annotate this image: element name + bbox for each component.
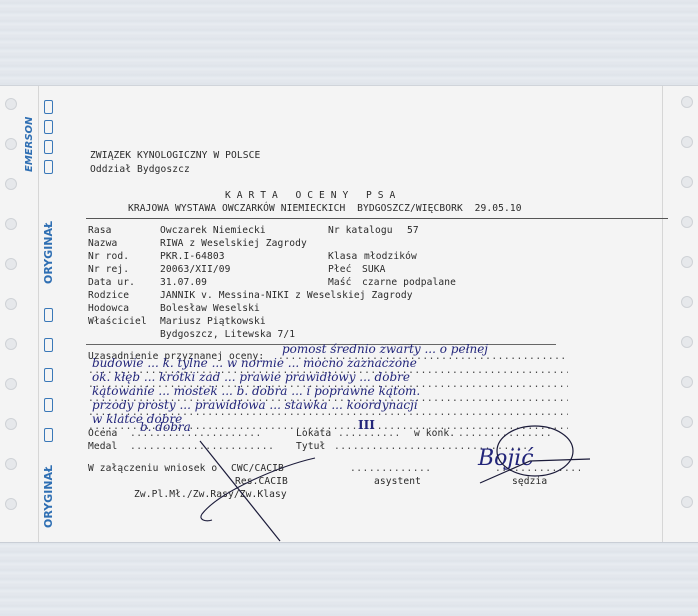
margin-box xyxy=(44,398,53,412)
field-value-data-ur: 31.07.09 xyxy=(160,277,207,288)
handwritten-comment-line: ok. kłęb ... krótki zad ... prawie prawi… xyxy=(92,370,410,384)
field-label-nazwa: Nazwa xyxy=(88,238,117,249)
brand-logo: EMERSON xyxy=(24,117,35,172)
event-line: KRAJOWA WYSTAWA OWCZARKÓW NIEMIECKICH BY… xyxy=(128,203,522,214)
ocena-value: b. dobra xyxy=(140,420,191,434)
tractor-hole xyxy=(681,296,693,308)
margin-box xyxy=(44,100,53,114)
margin-box xyxy=(44,140,53,154)
tractor-hole xyxy=(5,338,17,350)
tractor-hole xyxy=(5,298,17,310)
assistant-signature-line: ............... xyxy=(350,463,430,474)
strike-through-mark xyxy=(180,436,320,546)
field-label-data-ur: Data ur. xyxy=(88,277,135,288)
field-value-masc: czarne podpalane xyxy=(362,277,456,288)
tractor-hole xyxy=(5,498,17,510)
field-label-hodowca: Hodowca xyxy=(88,303,129,314)
field-label-nr-rod: Nr rod. xyxy=(88,251,129,262)
assistant-label: asystent xyxy=(374,476,421,487)
field-label-klasa: Klasa xyxy=(328,251,357,262)
handwritten-comment-line: kątowanie ... mostek ... b. dobra ... i … xyxy=(92,384,420,398)
field-value-nr-rej: 20063/XII/09 xyxy=(160,264,231,275)
field-label-wlasciciel: Właściciel xyxy=(88,316,147,327)
field-label-catalog: Nr katalogu xyxy=(328,225,393,236)
field-label-nr-rej: Nr rej. xyxy=(88,264,129,275)
margin-box xyxy=(44,368,53,382)
handwritten-comment-line: budowie ... k. tylne ... w normie ... mo… xyxy=(92,356,417,370)
tractor-hole xyxy=(681,96,693,108)
branch-name: Oddział Bydgoszcz xyxy=(90,164,190,175)
field-value-plec: SUKA xyxy=(362,264,386,275)
tractor-hole xyxy=(5,98,17,110)
tractor-hole xyxy=(5,218,17,230)
field-value-klasa: młodzików xyxy=(364,251,417,262)
margin-box xyxy=(44,160,53,174)
margin-box xyxy=(44,338,53,352)
original-stamp: ORYGINAŁ xyxy=(42,221,55,284)
tractor-hole xyxy=(5,178,17,190)
margin-box xyxy=(44,428,53,442)
konk-label: w konk. xyxy=(414,428,455,439)
tractor-hole xyxy=(681,376,693,388)
tractor-hole xyxy=(681,456,693,468)
field-label-rasa: Rasa xyxy=(88,225,112,236)
margin-box xyxy=(44,308,53,322)
original-stamp: ORYGINAŁ xyxy=(42,465,55,528)
ocena-label: Ocena xyxy=(88,428,117,439)
tractor-hole xyxy=(5,378,17,390)
tractor-hole xyxy=(681,176,693,188)
field-value-rasa: Owczarek Niemiecki xyxy=(160,225,266,236)
org-name: ZWIĄZEK KYNOLOGICZNY W POLSCE xyxy=(90,150,260,161)
field-label-rodzice: Rodzice xyxy=(88,290,129,301)
handwritten-comment-line: przody prosty ... prawidłowa ... stawka … xyxy=(92,398,418,412)
field-value-wlasciciel: Mariusz Piątkowski xyxy=(160,316,266,327)
margin-box xyxy=(44,120,53,134)
handwritten-comment-line: pomost średnio zwarty ... o pełnej xyxy=(282,342,488,356)
tractor-hole xyxy=(5,258,17,270)
right-perforation xyxy=(662,86,663,542)
tractor-hole xyxy=(681,136,693,148)
lokata-value: III xyxy=(358,418,375,432)
field-value-catalog: 57 xyxy=(407,225,419,236)
field-value-address: Bydgoszcz, Litewska 7/1 xyxy=(160,329,295,340)
tractor-hole xyxy=(681,416,693,428)
field-value-nazwa: RIWA z Weselskiej Zagrody xyxy=(160,238,307,249)
field-label-masc: Maść xyxy=(328,277,352,288)
field-label-plec: Płeć xyxy=(328,264,352,275)
field-value-rodzice: JANNIK v. Messina-NIKI z Weselskiej Zagr… xyxy=(160,290,413,301)
evaluation-card: EMERSON ORYGINAŁ ORYGINAŁ ZWIĄZEK KYNOLO… xyxy=(0,86,698,542)
field-value-nr-rod: PKR.I-64803 xyxy=(160,251,225,262)
tractor-hole xyxy=(681,256,693,268)
tractor-hole xyxy=(5,458,17,470)
header-divider xyxy=(86,218,668,219)
signature-flourish xyxy=(470,421,600,501)
document-title: K A R T A O C E N Y P S A xyxy=(225,190,395,201)
tractor-hole xyxy=(681,336,693,348)
tractor-hole xyxy=(681,496,693,508)
left-perforation xyxy=(38,86,39,542)
medal-label: Medal xyxy=(88,441,117,452)
tractor-hole xyxy=(5,138,17,150)
tractor-hole xyxy=(681,216,693,228)
field-value-hodowca: Bolesław Weselski xyxy=(160,303,260,314)
tractor-hole xyxy=(5,418,17,430)
